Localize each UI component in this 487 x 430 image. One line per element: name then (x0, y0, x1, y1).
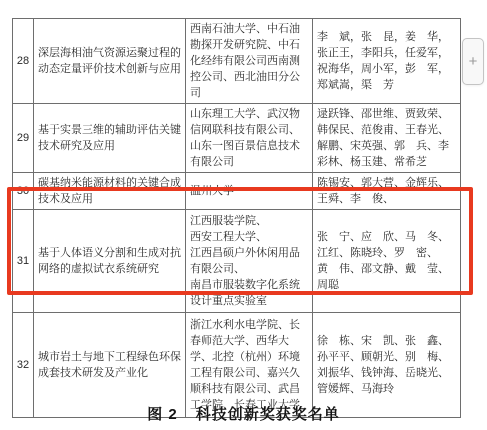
table-row: 28 深层海相油气资源运聚过程的动态定量评价技术创新与应用 西南石油大学、中石油… (13, 19, 461, 104)
award-table: 28 深层海相油气资源运聚过程的动态定量评价技术创新与应用 西南石油大学、中石油… (12, 18, 461, 418)
award-table-container: 28 深层海相油气资源运聚过程的动态定量评价技术创新与应用 西南石油大学、中石油… (12, 18, 461, 418)
project-names: 徐 栋、宋 凯、张 鑫、孙平平、顾朝光、别 梅、刘振华、钱钟海、岳晓光、管媛辉、… (313, 313, 461, 418)
figure-label: 图 2 (147, 406, 178, 423)
project-title: 深层海相油气资源运聚过程的动态定量评价技术创新与应用 (34, 19, 186, 104)
figure-caption-text: 科技创新奖获奖名单 (196, 406, 340, 423)
project-names: 陈锡安、郭大营、金辉乐、王舜、李 俊、 (313, 173, 461, 210)
project-title: 基于人体语义分割和生成对抗网络的虚拟试衣系统研究 (34, 210, 186, 313)
table-row: 32 城市岩土与地下工程绿色环保成套技术研发及产业化 浙江水利水电学院、长春师范… (13, 313, 461, 418)
project-names: 逯跃锋、邵世维、贾致荣、韩保民、范俊甫、王春光、解鹏、宋英强、郭 兵、李彩林、杨… (313, 104, 461, 173)
row-number: 32 (13, 313, 34, 418)
project-orgs: 温州大学 (186, 173, 313, 210)
table-row-highlighted: 31 基于人体语义分割和生成对抗网络的虚拟试衣系统研究 江西服装学院、 西安工程… (13, 210, 461, 313)
row-number: 30 (13, 173, 34, 210)
project-orgs: 浙江水利水电学院、长春师范大学、西华大学、北控（杭州）环境工程有限公司、嘉兴久顺… (186, 313, 313, 418)
figure-caption: 图 2科技创新奖获奖名单 (0, 403, 487, 424)
row-number: 28 (13, 19, 34, 104)
plus-icon: + (469, 53, 478, 70)
project-orgs: 西南石油大学、中石油勘探开发研究院、中石化经纬有限公司西南测控公司、西北油田分公… (186, 19, 313, 104)
project-orgs: 山东理工大学、武汉物信网联科技有限公司、山东一图百景信息技术有限公司 (186, 104, 313, 173)
row-number: 31 (13, 210, 34, 313)
project-title: 城市岩土与地下工程绿色环保成套技术研发及产业化 (34, 313, 186, 418)
project-names: 张 宁、应 欣、马 冬、江红、陈晓玲、罗 密、 黄 伟、邵文静、戴 莹、周聪 (313, 210, 461, 313)
project-title: 基于实景三维的辅助评估关键技术研究及应用 (34, 104, 186, 173)
project-names: 李 斌，张 昆，姜 华，张正王，李阳兵，任爱军，祝海华，周小军，彭 军，郑斌嵩，… (313, 19, 461, 104)
table-row: 30 碳基纳米能源材料的关键合成技术及应用 温州大学 陈锡安、郭大营、金辉乐、王… (13, 173, 461, 210)
table-row: 29 基于实景三维的辅助评估关键技术研究及应用 山东理工大学、武汉物信网联科技有… (13, 104, 461, 173)
zoom-in-button[interactable]: + (462, 38, 484, 85)
project-title: 碳基纳米能源材料的关键合成技术及应用 (34, 173, 186, 210)
row-number: 29 (13, 104, 34, 173)
project-orgs: 江西服装学院、 西安工程大学、 江西昌硕户外休闲用品有限公司、 南昌市服装数字化… (186, 210, 313, 313)
